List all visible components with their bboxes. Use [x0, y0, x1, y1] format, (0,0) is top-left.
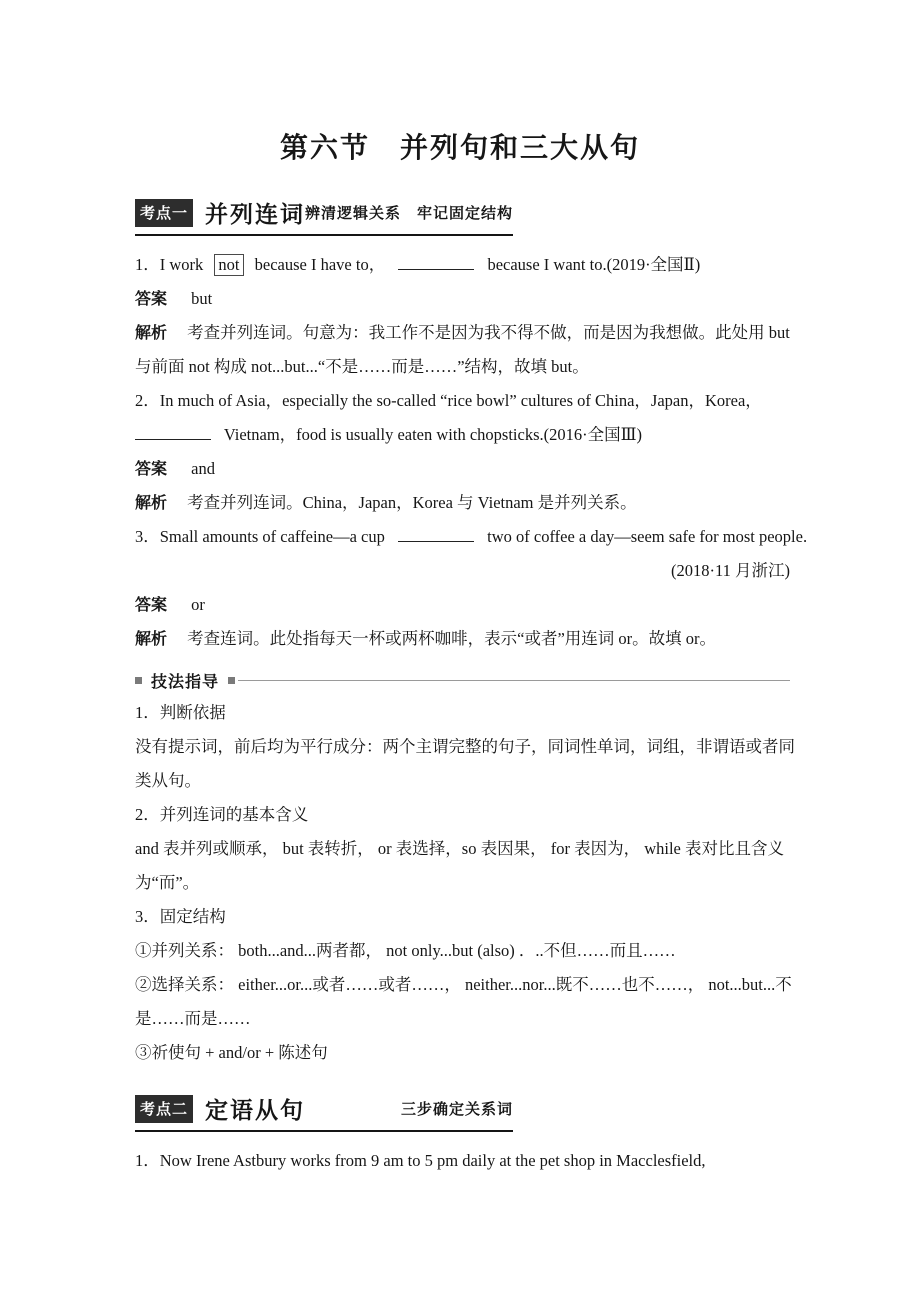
- question-2-answer-row: 答案 and: [135, 452, 790, 486]
- tips-line: 类从句。: [135, 764, 790, 798]
- tips-line: and 表并列或顺承， but 表转折， or 表选择，so 表因果， for …: [135, 832, 790, 866]
- question-3: 3．Small amounts of caffeine—a cup two of…: [135, 520, 790, 554]
- question-1-analysis-row-1: 解析 考查并列连词。句意为：我工作不是因为我不得不做，而是因为我想做。此处用 b…: [135, 316, 790, 350]
- tips-line: 为“而”。: [135, 866, 790, 900]
- tips-line: 没有提示词，前后均为平行成分：两个主谓完整的句子，同词性单词，词组，非谓语或者同: [135, 730, 790, 764]
- document-page: 第六节 并列句和三大从句 考点一 并列连词 辨清逻辑关系 牢记固定结构 1．I …: [0, 0, 920, 1302]
- tips-line: 1．判断依据: [135, 696, 790, 730]
- kaodian1-badge: 考点一: [135, 199, 193, 227]
- square-bullet-icon: [228, 677, 235, 684]
- answer-value: and: [191, 459, 215, 478]
- analysis-text: 考查并列连词。China，Japan，Korea 与 Vietnam 是并列关系…: [187, 493, 637, 512]
- tips-line: 2．并列连词的基本含义: [135, 798, 790, 832]
- question-3-pre: 3．Small amounts of caffeine—a cup: [135, 527, 385, 546]
- tips-line: 是……而是……: [135, 1002, 790, 1036]
- question-3-analysis-row: 解析 考查连词。此处指每天一杯或两杯咖啡，表示“或者”用连词 or。故填 or。: [135, 622, 790, 656]
- question-2-line-2: Vietnam，food is usually eaten with chops…: [135, 418, 790, 452]
- question-1-blank: [398, 269, 474, 270]
- kaodian1-subtitle: 辨清逻辑关系 牢记固定结构: [305, 202, 513, 223]
- kaodian1-heading: 并列连词: [205, 196, 305, 229]
- kaodian2-badge: 考点二: [135, 1095, 193, 1123]
- question-1-post: because I want to.(2019·全国Ⅱ): [487, 255, 700, 274]
- square-bullet-icon: [135, 677, 142, 684]
- section2-question-1: 1．Now Irene Astbury works from 9 am to 5…: [135, 1144, 790, 1178]
- question-2-line-1: 2．In much of Asia，especially the so-call…: [135, 384, 790, 418]
- tips-line: ②选择关系： either...or...或者……或者……， neither..…: [135, 968, 790, 1002]
- answer-label: 答案: [135, 291, 167, 308]
- tips-header: 技法指导: [135, 664, 790, 696]
- content-area: 考点一 并列连词 辨清逻辑关系 牢记固定结构 1．I work not beca…: [0, 196, 920, 1178]
- question-3-source: (2018·11 月浙江): [135, 554, 790, 588]
- question-1-boxed-word: not: [214, 254, 243, 276]
- analysis-text: 考查连词。此处指每天一杯或两杯咖啡，表示“或者”用连词 or。故填 or。: [187, 629, 716, 648]
- analysis-text: 与前面 not 构成 not...but...“不是……而是……”结构，故填 b…: [135, 357, 589, 376]
- question-1-answer-row: 答案 but: [135, 282, 790, 316]
- question-1-pre: 1．I work: [135, 255, 203, 274]
- question-3-post: two of coffee a day—seem safe for most p…: [487, 527, 807, 546]
- answer-label: 答案: [135, 461, 167, 478]
- section-header-kaodian2: 考点二 定语从句 三步确定关系词: [135, 1092, 513, 1132]
- question-2-analysis-row: 解析 考查并列连词。China，Japan，Korea 与 Vietnam 是并…: [135, 486, 790, 520]
- horizontal-rule: [238, 680, 790, 681]
- analysis-label: 解析: [135, 325, 167, 342]
- analysis-label: 解析: [135, 631, 167, 648]
- question-3-blank: [398, 541, 474, 542]
- page-title: 第六节 并列句和三大从句: [0, 0, 920, 166]
- tips-title: 技法指导: [151, 669, 219, 692]
- kaodian2-heading: 定语从句: [205, 1092, 305, 1125]
- kaodian2-subtitle: 三步确定关系词: [401, 1098, 513, 1119]
- tips-line: 3．固定结构: [135, 900, 790, 934]
- question-1-analysis-row-2: 与前面 not 构成 not...but...“不是……而是……”结构，故填 b…: [135, 350, 790, 384]
- tips-line: ①并列关系： both...and...两者都， not only...but …: [135, 934, 790, 968]
- question-2-text-2: Vietnam，food is usually eaten with chops…: [224, 425, 642, 444]
- analysis-text: 考查并列连词。句意为：我工作不是因为我不得不做，而是因为我想做。此处用 but: [187, 323, 790, 342]
- question-1: 1．I work not because I have to， because …: [135, 248, 790, 282]
- question-2-text-1: 2．In much of Asia，especially the so-call…: [135, 391, 762, 410]
- answer-value: or: [191, 595, 205, 614]
- answer-value: but: [191, 289, 212, 308]
- question-1-mid: because I have to，: [255, 255, 386, 274]
- tips-line: ③祈使句 + and/or + 陈述句: [135, 1036, 790, 1070]
- section-header-kaodian1: 考点一 并列连词 辨清逻辑关系 牢记固定结构: [135, 196, 513, 236]
- question-2-blank: [135, 439, 211, 440]
- analysis-label: 解析: [135, 495, 167, 512]
- question-3-answer-row: 答案 or: [135, 588, 790, 622]
- answer-label: 答案: [135, 597, 167, 614]
